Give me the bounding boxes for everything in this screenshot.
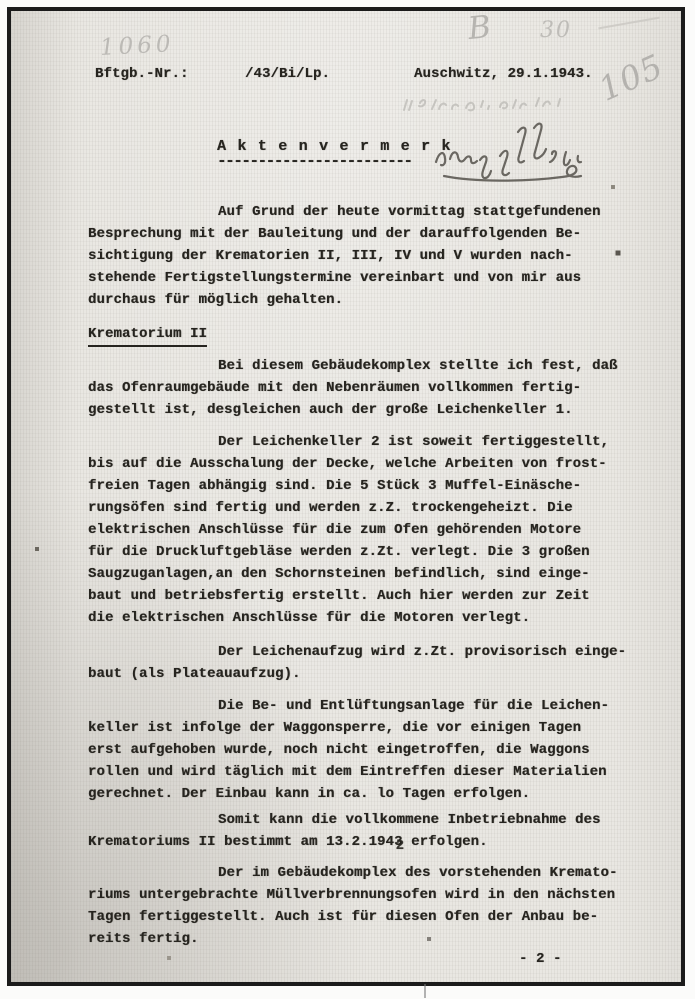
- scan-specks: [0, 0, 2, 2]
- termin-paragraph: Somit kann die vollkommene Inbetriebnahm…: [88, 809, 633, 853]
- typed-line: freien Tagen abhängig sind. Die 5 Stück …: [88, 475, 633, 497]
- typed-line: baut und betriebsfertig erstellt. Auch h…: [88, 585, 633, 607]
- document-body: Auf Grund der heute vormittag stattgefun…: [88, 201, 633, 950]
- scanned-document-page: { "document": { "pencil_annotations": { …: [0, 0, 695, 999]
- typed-line: Besprechung mit der Bauleitung und der d…: [88, 223, 633, 245]
- typed-line: Saugzuganlagen,an den Schornsteinen befi…: [88, 563, 633, 585]
- typed-line: Der Leichenaufzug wird z.Zt. provisorisc…: [88, 641, 633, 663]
- typed-line: elektrischen Anschlüsse für die zum Ofen…: [88, 519, 633, 541]
- digit-under: 2: [396, 835, 405, 857]
- typed-line: riums untergebrachte Müllverbrennungsofe…: [88, 884, 633, 906]
- typed-line: Tagen fertiggestellt. Auch ist für diese…: [88, 906, 633, 928]
- line-suffix: erfolgen.: [403, 834, 488, 850]
- typed-line: für die Druckluftgebläse werden z.Zt. ve…: [88, 541, 633, 563]
- pencil-archive-number: 1060: [99, 31, 175, 61]
- typed-line: das Ofenraumgebäude mit den Nebenräumen …: [88, 377, 633, 399]
- typed-line: rungsöfen sind fertig und werden z.Z. tr…: [88, 497, 633, 519]
- place-and-date: Auschwitz, 29.1.1943.: [414, 63, 593, 85]
- typed-line: baut (als Plateauaufzug).: [88, 663, 633, 685]
- typed-line: gestellt ist, desgleichen auch der große…: [88, 399, 633, 421]
- lueftung-paragraph: Die Be- und Entlüftungsanlage für die Le…: [88, 695, 633, 805]
- typed-line: reits fertig.: [88, 928, 633, 950]
- typed-line: gerechnet. Der Einbau kann in ca. lo Tag…: [88, 783, 633, 805]
- reference-number: /43/Bi/Lp.: [245, 63, 330, 85]
- document-header: Bftgb.-Nr.: /43/Bi/Lp. Auschwitz, 29.1.1…: [0, 63, 695, 85]
- typed-line: bis auf die Ausschalung der Decke, welch…: [88, 453, 633, 475]
- leichenkeller2-paragraph: Der Leichenkeller 2 ist soweit fertigges…: [88, 431, 633, 629]
- title-block: A k t e n v e r m e r k ----------------…: [217, 136, 452, 172]
- typed-line: Bei diesem Gebäudekomplex stellte ich fe…: [88, 355, 633, 377]
- section-heading-row: Krematorium II: [88, 323, 633, 347]
- typed-line: durchaus für möglich gehalten.: [88, 289, 633, 311]
- typed-line: keller ist infolge der Waggonsperre, die…: [88, 717, 633, 739]
- typed-line: Die Be- und Entlüftungsanlage für die Le…: [88, 695, 633, 717]
- section-heading-krematorium-ii: Krematorium II: [88, 323, 207, 347]
- handwritten-signature-scribble: [424, 116, 614, 194]
- overtyped-date-digit: 32: [394, 831, 403, 853]
- typed-line: Somit kann die vollkommene Inbetriebnahm…: [88, 809, 633, 831]
- pencil-number-30: 30: [540, 18, 572, 43]
- typed-line-with-correction: Krematoriums II bestimmt am 13.2.19432 e…: [88, 831, 633, 853]
- muellofen-paragraph: Der im Gebäudekomplex des vorstehenden K…: [88, 862, 633, 950]
- typed-line: Der im Gebäudekomplex des vorstehenden K…: [88, 862, 633, 884]
- reference-label: Bftgb.-Nr.:: [95, 63, 189, 85]
- line-prefix: Krematoriums II bestimmt am 13.2.194: [88, 834, 394, 850]
- typed-line: sichtigung der Krematorien II, III, IV u…: [88, 245, 633, 267]
- typed-line: Auf Grund der heute vormittag stattgefun…: [88, 201, 633, 223]
- intro-paragraph: Auf Grund der heute vormittag stattgefun…: [88, 201, 633, 311]
- page-number: - 2 -: [519, 948, 562, 970]
- typed-line: rollen und wird täglich mit dem Eintreff…: [88, 761, 633, 783]
- scan-crease-mark: [424, 984, 426, 998]
- pencil-letter-b: B: [466, 9, 492, 47]
- typed-line: erst aufgehoben wurde, noch nicht einget…: [88, 739, 633, 761]
- aufzug-paragraph: Der Leichenaufzug wird z.Zt. provisorisc…: [88, 641, 633, 685]
- typed-line: Der Leichenkeller 2 ist soweit fertigges…: [88, 431, 633, 453]
- building-status-paragraph: Bei diesem Gebäudekomplex stellte ich fe…: [88, 355, 633, 421]
- typed-line: die elektrischen Anschlüsse für die Moto…: [88, 607, 633, 629]
- typed-line: stehende Fertigstellungstermine vereinba…: [88, 267, 633, 289]
